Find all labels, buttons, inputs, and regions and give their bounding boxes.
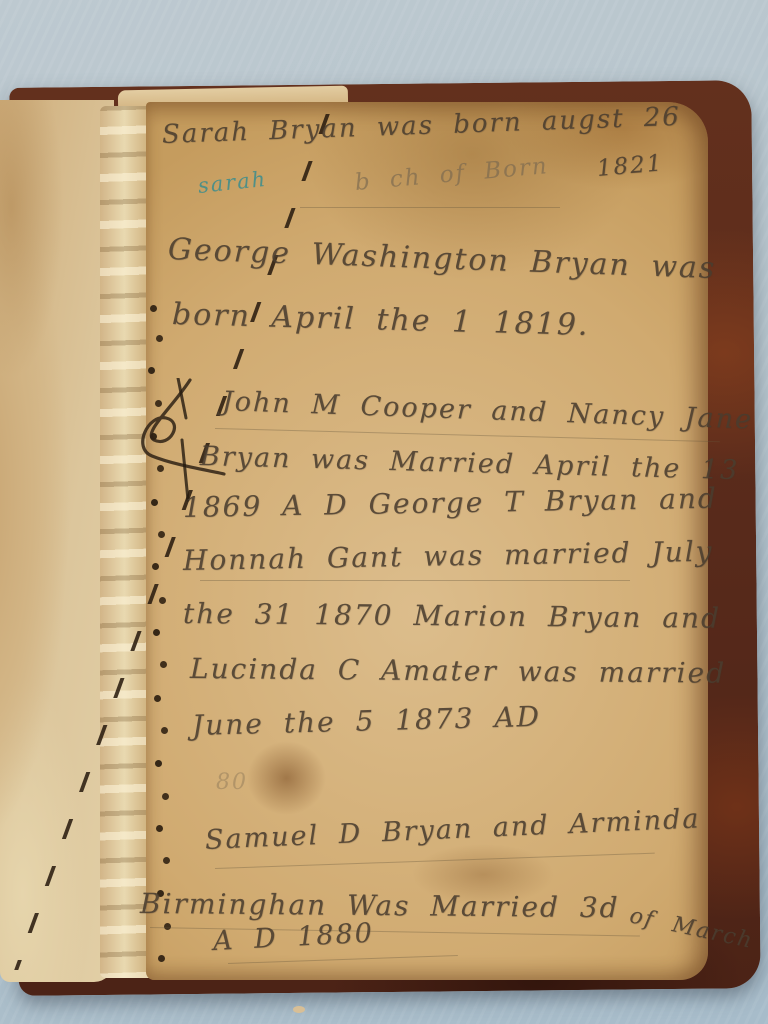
paper-crumb — [293, 1006, 305, 1013]
handwriting-line-samuel-marriage-2: Birminghan Was Married 3d — [140, 887, 620, 924]
pencil-guide-line — [300, 207, 560, 208]
handwriting-faint-number: 80 — [216, 770, 248, 795]
handwriting-line-marriages-5: the 31 1870 Marion Bryan and — [183, 597, 721, 635]
pencil-guide-line — [200, 580, 630, 581]
stitch-holes — [150, 305, 157, 312]
handwriting-line-marriages-6: Lucinda C Amater was married — [190, 652, 726, 690]
photo-of-handwritten-record-book: Sarah Bryan was born augst 26 1821 sarah… — [0, 0, 768, 1024]
